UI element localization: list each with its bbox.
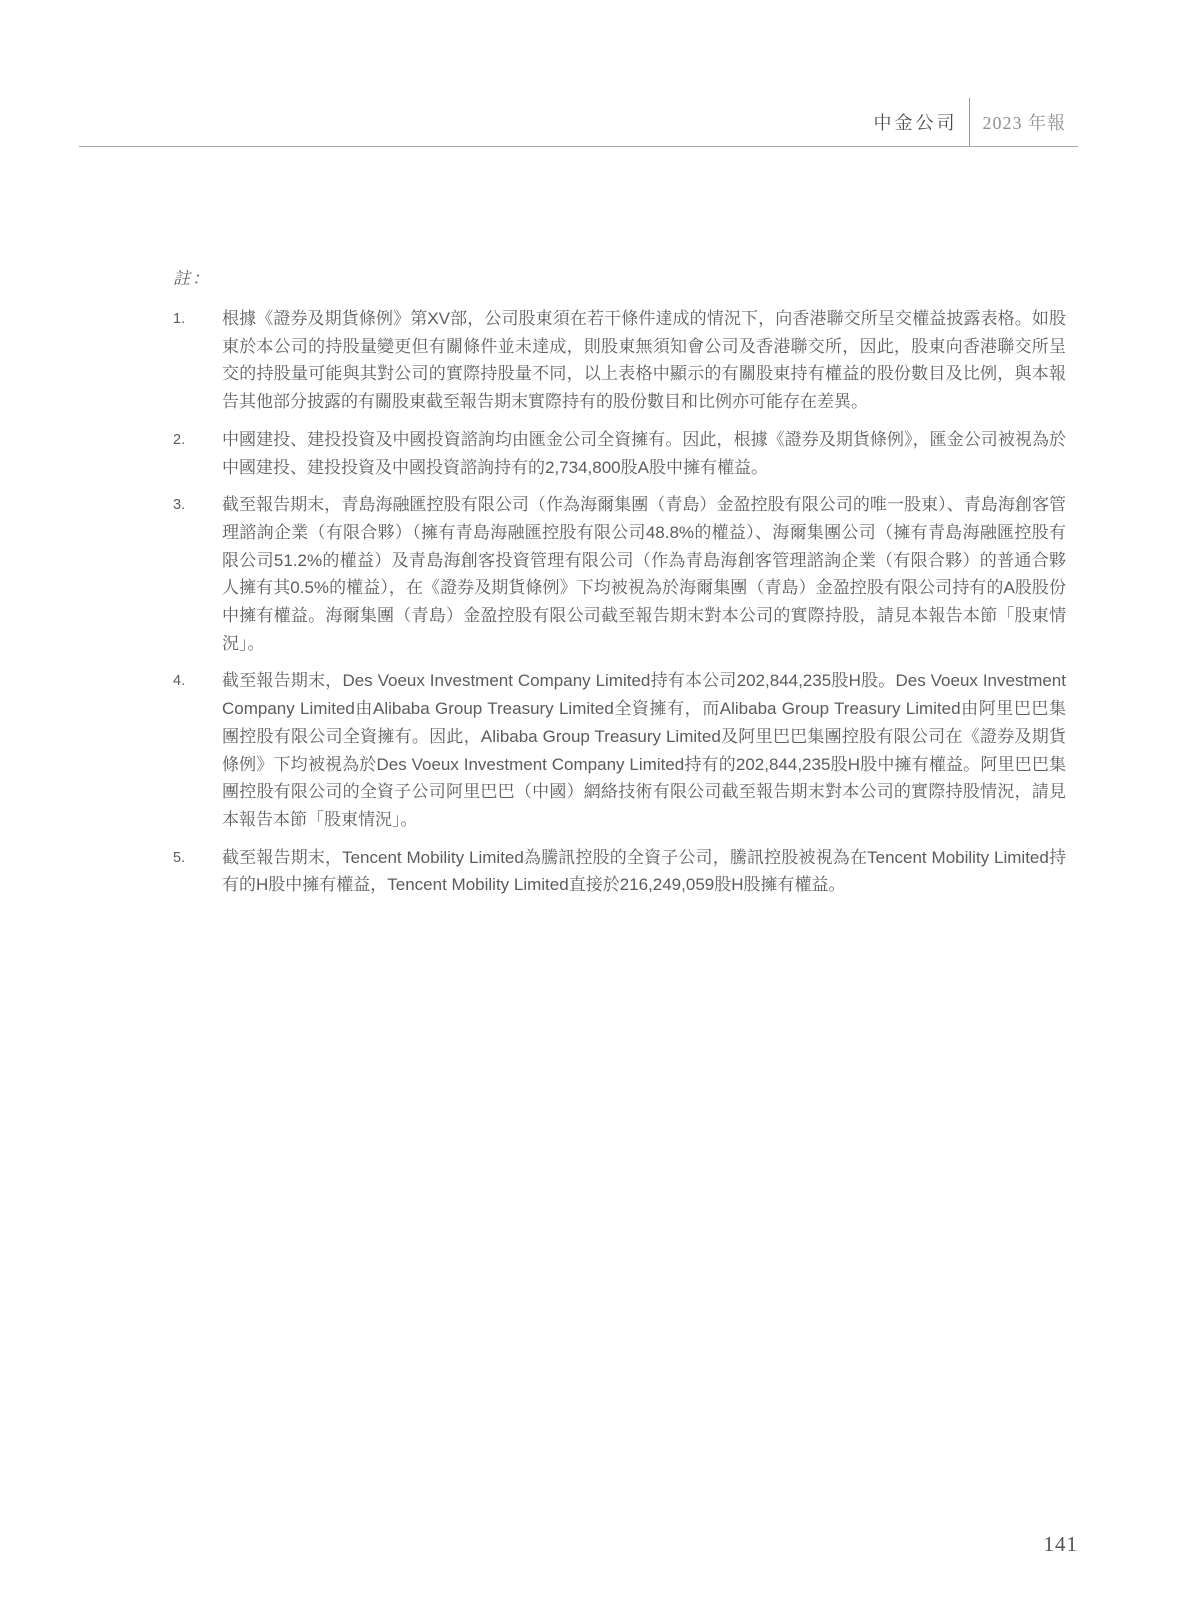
note-number: 4. <box>173 667 222 833</box>
header-divider <box>969 98 970 146</box>
header-rule <box>79 146 1078 147</box>
note-number: 3. <box>173 491 222 657</box>
note-item-2: 2. 中國建投、建投投資及中國投資諮詢均由匯金公司全資擁有。因此，根據《證券及期… <box>173 426 1066 481</box>
page-number: 141 <box>1044 1532 1079 1557</box>
notes-label: 註： <box>173 264 1066 289</box>
note-text: 截至報告期末，青島海融匯控股有限公司（作為海爾集團（青島）金盈控股有限公司的唯一… <box>222 491 1066 657</box>
note-text: 根據《證券及期貨條例》第XV部，公司股東須在若干條件達成的情況下，向香港聯交所呈… <box>222 305 1066 416</box>
report-page: 中金公司 2023 年報 註： 1. 根據《證券及期貨條例》第XV部，公司股東須… <box>0 0 1190 1615</box>
company-name: 中金公司 <box>874 109 958 135</box>
page-header: 中金公司 2023 年報 <box>874 98 1067 146</box>
note-number: 1. <box>173 305 222 416</box>
note-list: 1. 根據《證券及期貨條例》第XV部，公司股東須在若干條件達成的情況下，向香港聯… <box>173 305 1066 899</box>
note-item-3: 3. 截至報告期末，青島海融匯控股有限公司（作為海爾集團（青島）金盈控股有限公司… <box>173 491 1066 657</box>
report-year: 2023 年報 <box>983 109 1067 135</box>
note-item-5: 5. 截至報告期末，Tencent Mobility Limited為騰訊控股的… <box>173 844 1066 899</box>
notes-section: 註： 1. 根據《證券及期貨條例》第XV部，公司股東須在若干條件達成的情況下，向… <box>173 264 1066 909</box>
note-number: 2. <box>173 426 222 481</box>
note-item-1: 1. 根據《證券及期貨條例》第XV部，公司股東須在若干條件達成的情況下，向香港聯… <box>173 305 1066 416</box>
note-text: 截至報告期末，Des Voeux Investment Company Limi… <box>222 667 1066 833</box>
note-text: 截至報告期末，Tencent Mobility Limited為騰訊控股的全資子… <box>222 844 1066 899</box>
note-text: 中國建投、建投投資及中國投資諮詢均由匯金公司全資擁有。因此，根據《證券及期貨條例… <box>222 426 1066 481</box>
note-number: 5. <box>173 844 222 899</box>
note-item-4: 4. 截至報告期末，Des Voeux Investment Company L… <box>173 667 1066 833</box>
